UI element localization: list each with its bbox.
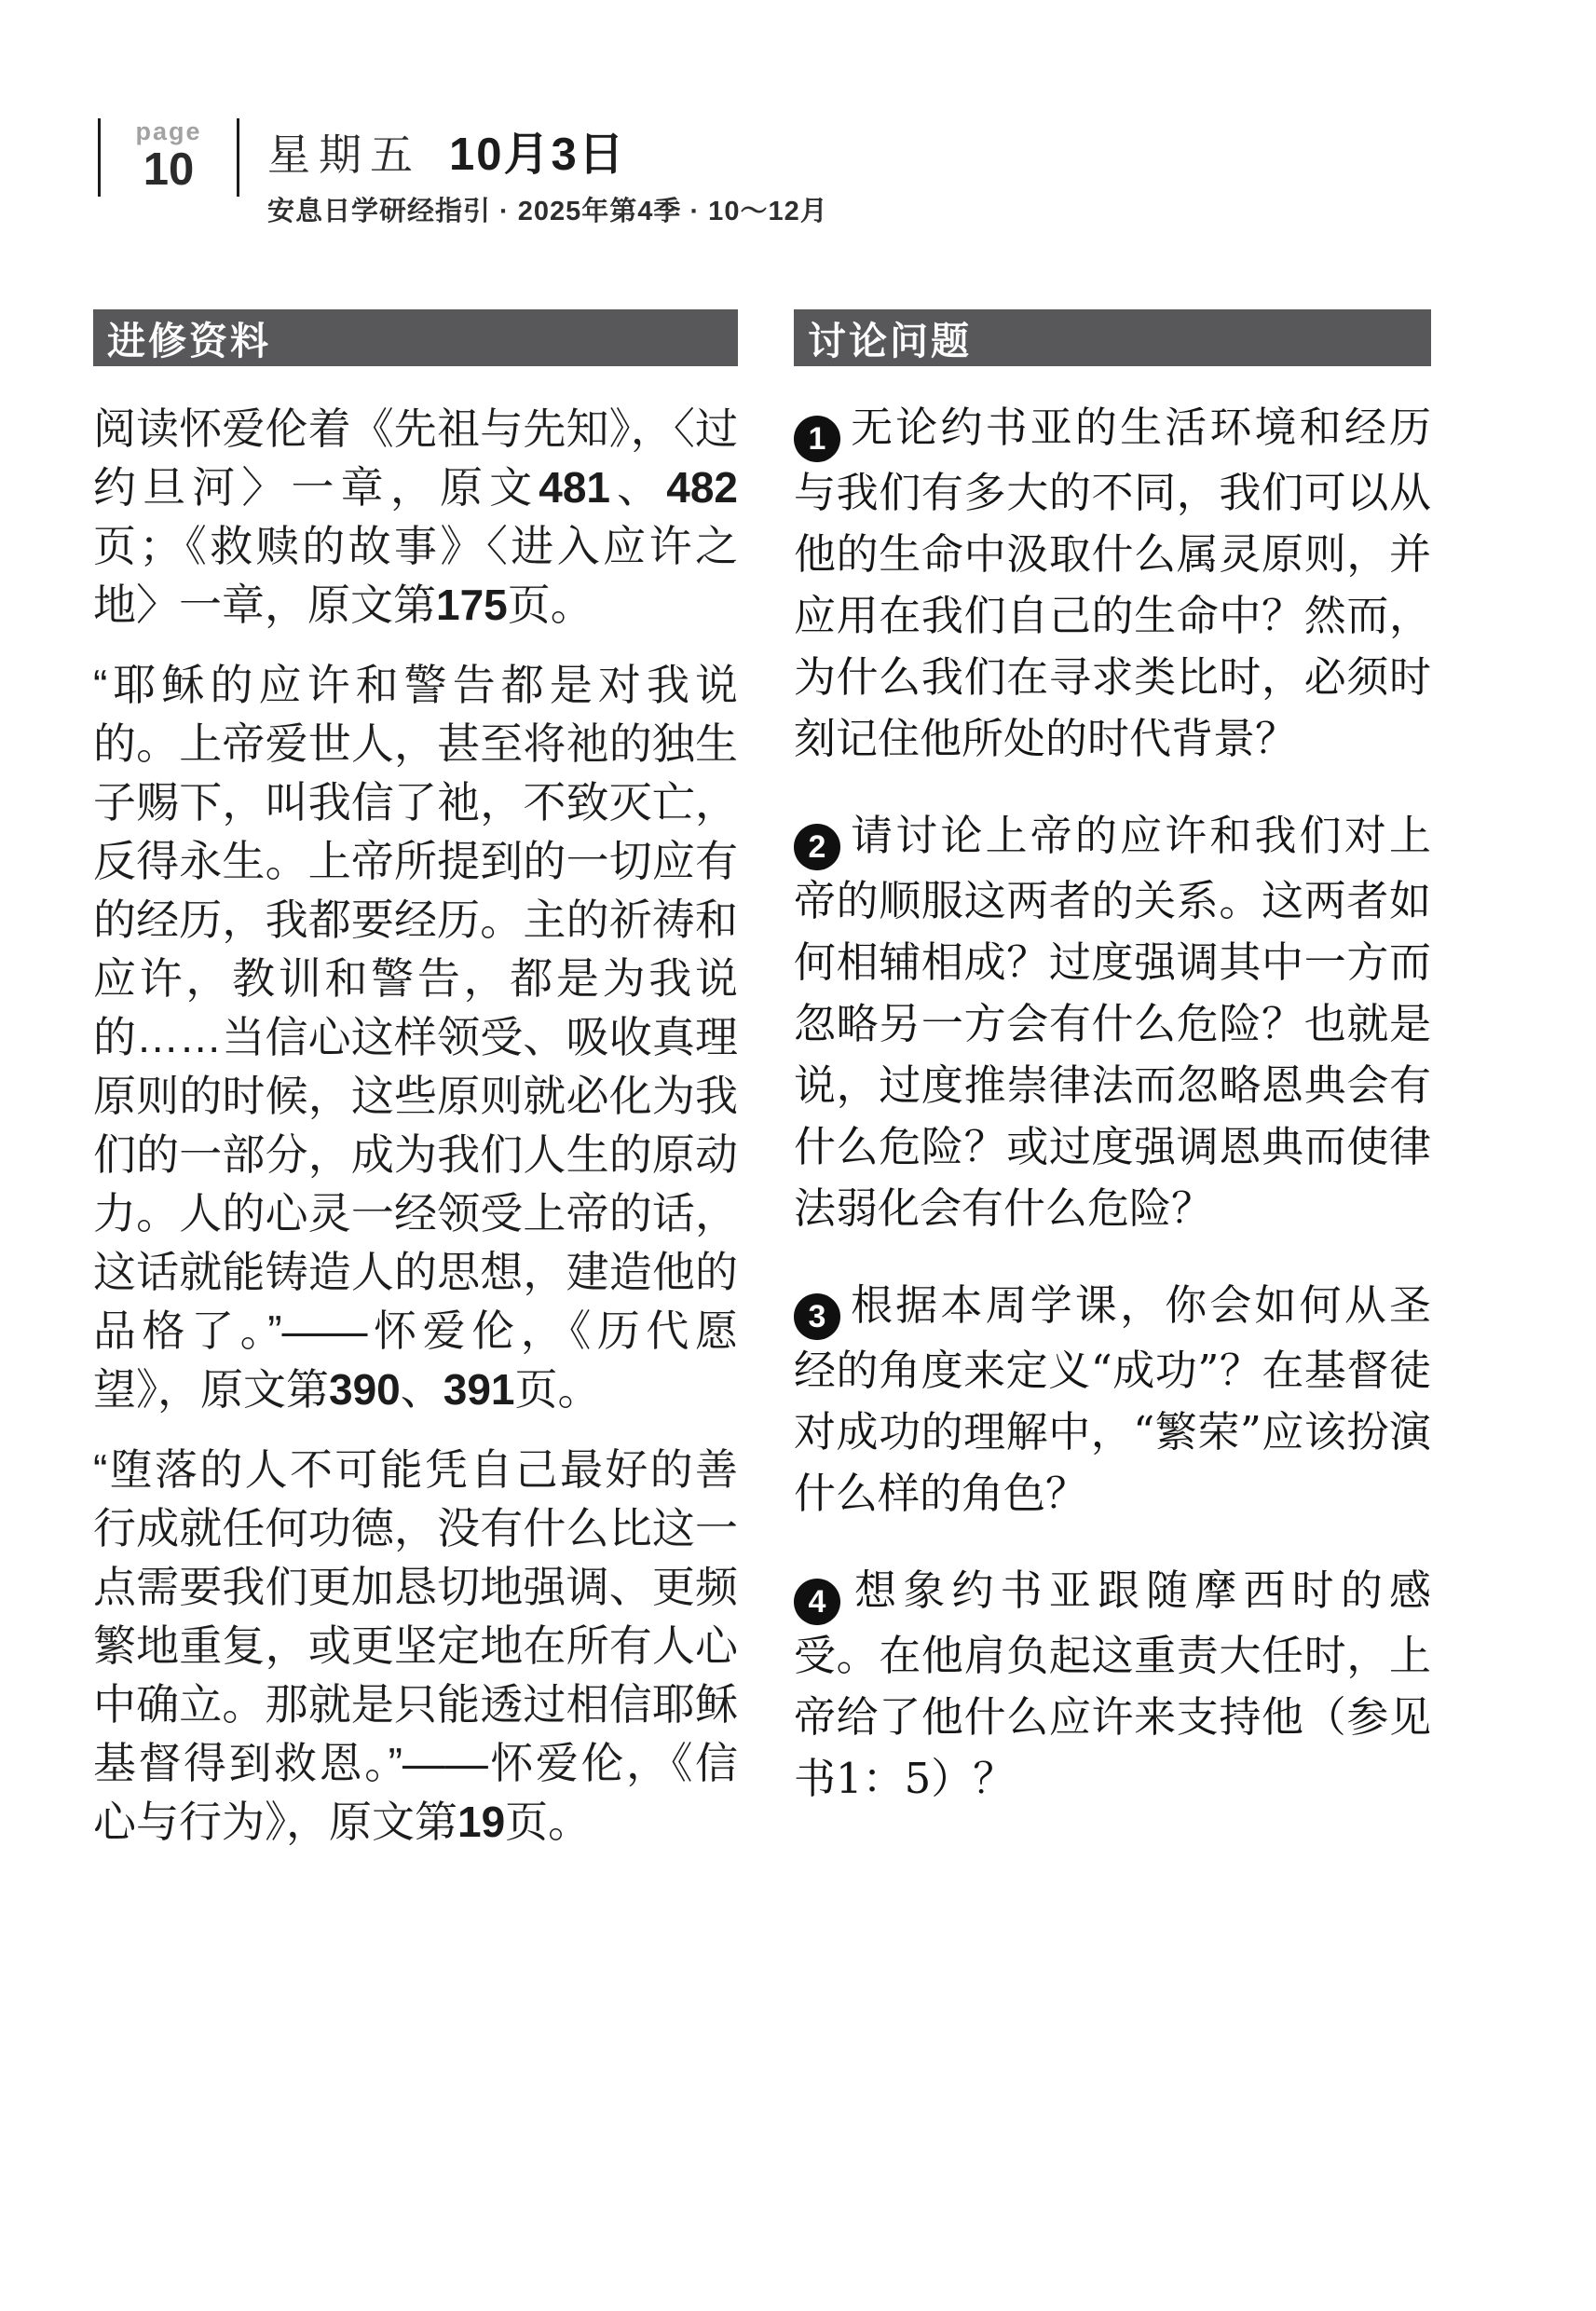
question-text: 根据本周学课，你会如何从圣经的角度来定义“成功”？在基督徒对成功的理解中，“繁荣… (794, 1280, 1431, 1518)
header-rule-right (237, 118, 239, 197)
question-number-badge: 2 (794, 824, 840, 870)
page-header: page 10 星期五 10月3日 安息日学研经指引 · 2025年第4季 · … (98, 118, 828, 228)
discussion-questions-header-bar: 讨论问题 (794, 309, 1431, 366)
discussion-question: 4想象约书亚跟随摩西时的感受。在他肩负起这重责大任时，上帝给了他什么应许来支持他… (794, 1560, 1431, 1810)
question-text: 想象约书亚跟随摩西时的感受。在他肩负起这重责大任时，上帝给了他什么应许来支持他（… (794, 1566, 1431, 1803)
discussion-questions-list: 1无论约书亚的生活环境和经历与我们有多大的不同，我们可以从他的生命中汲取什么属灵… (794, 397, 1431, 1810)
header-title-block: 星期五 10月3日 安息日学研经指引 · 2025年第4季 · 10～12月 (267, 118, 828, 228)
study-materials-title: 进修资料 (107, 310, 271, 365)
discussion-question: 2请讨论上帝的应许和我们对上帝的顺服这两者的关系。这两者如何相辅相成？过度强调其… (794, 805, 1431, 1239)
question-number-badge: 1 (794, 416, 840, 462)
document-page: page 10 星期五 10月3日 安息日学研经指引 · 2025年第4季 · … (0, 0, 1596, 2311)
weekday-label: 星期五 (267, 121, 421, 183)
study-paragraph: “耶稣的应许和警告都是对我说的。上帝爱世人，甚至将祂的独生子赐下，叫我信了祂，不… (93, 656, 738, 1419)
date-label: 10月3日 (449, 118, 626, 184)
question-text: 无论约书亚的生活环境和经历与我们有多大的不同，我们可以从他的生命中汲取什么属灵原… (794, 403, 1431, 763)
question-number-badge: 3 (794, 1293, 840, 1340)
question-text: 请讨论上帝的应许和我们对上帝的顺服这两者的关系。这两者如何相辅相成？过度强调其中… (794, 811, 1431, 1233)
study-materials-section: 进修资料 阅读怀爱伦着《先祖与先知》，〈过约旦河〉一章，原文481、482页；《… (93, 309, 738, 1873)
page-label: page (101, 119, 237, 144)
question-number-badge: 4 (794, 1579, 840, 1625)
page-number-block: page 10 (101, 118, 237, 228)
discussion-questions-section: 讨论问题 1无论约书亚的生活环境和经历与我们有多大的不同，我们可以从他的生命中汲… (794, 309, 1431, 1845)
study-paragraphs: 阅读怀爱伦着《先祖与先知》，〈过约旦河〉一章，原文481、482页；《救赎的故事… (93, 400, 738, 1852)
study-paragraph: “堕落的人不可能凭自己最好的善行成就任何功德，没有什么比这一点需要我们更加恳切地… (93, 1441, 738, 1852)
page-number: 10 (101, 147, 237, 194)
study-materials-header-bar: 进修资料 (93, 309, 738, 366)
discussion-questions-title: 讨论问题 (808, 310, 972, 365)
discussion-question: 1无论约书亚的生活环境和经历与我们有多大的不同，我们可以从他的生命中汲取什么属灵… (794, 397, 1431, 770)
lesson-day-title: 星期五 10月3日 (267, 118, 828, 184)
study-paragraph: 阅读怀爱伦着《先祖与先知》，〈过约旦河〉一章，原文481、482页；《救赎的故事… (93, 400, 738, 635)
edition-subtitle: 安息日学研经指引 · 2025年第4季 · 10～12月 (267, 190, 828, 228)
discussion-question: 3根据本周学课，你会如何从圣经的角度来定义“成功”？在基督徒对成功的理解中，“繁… (794, 1275, 1431, 1525)
